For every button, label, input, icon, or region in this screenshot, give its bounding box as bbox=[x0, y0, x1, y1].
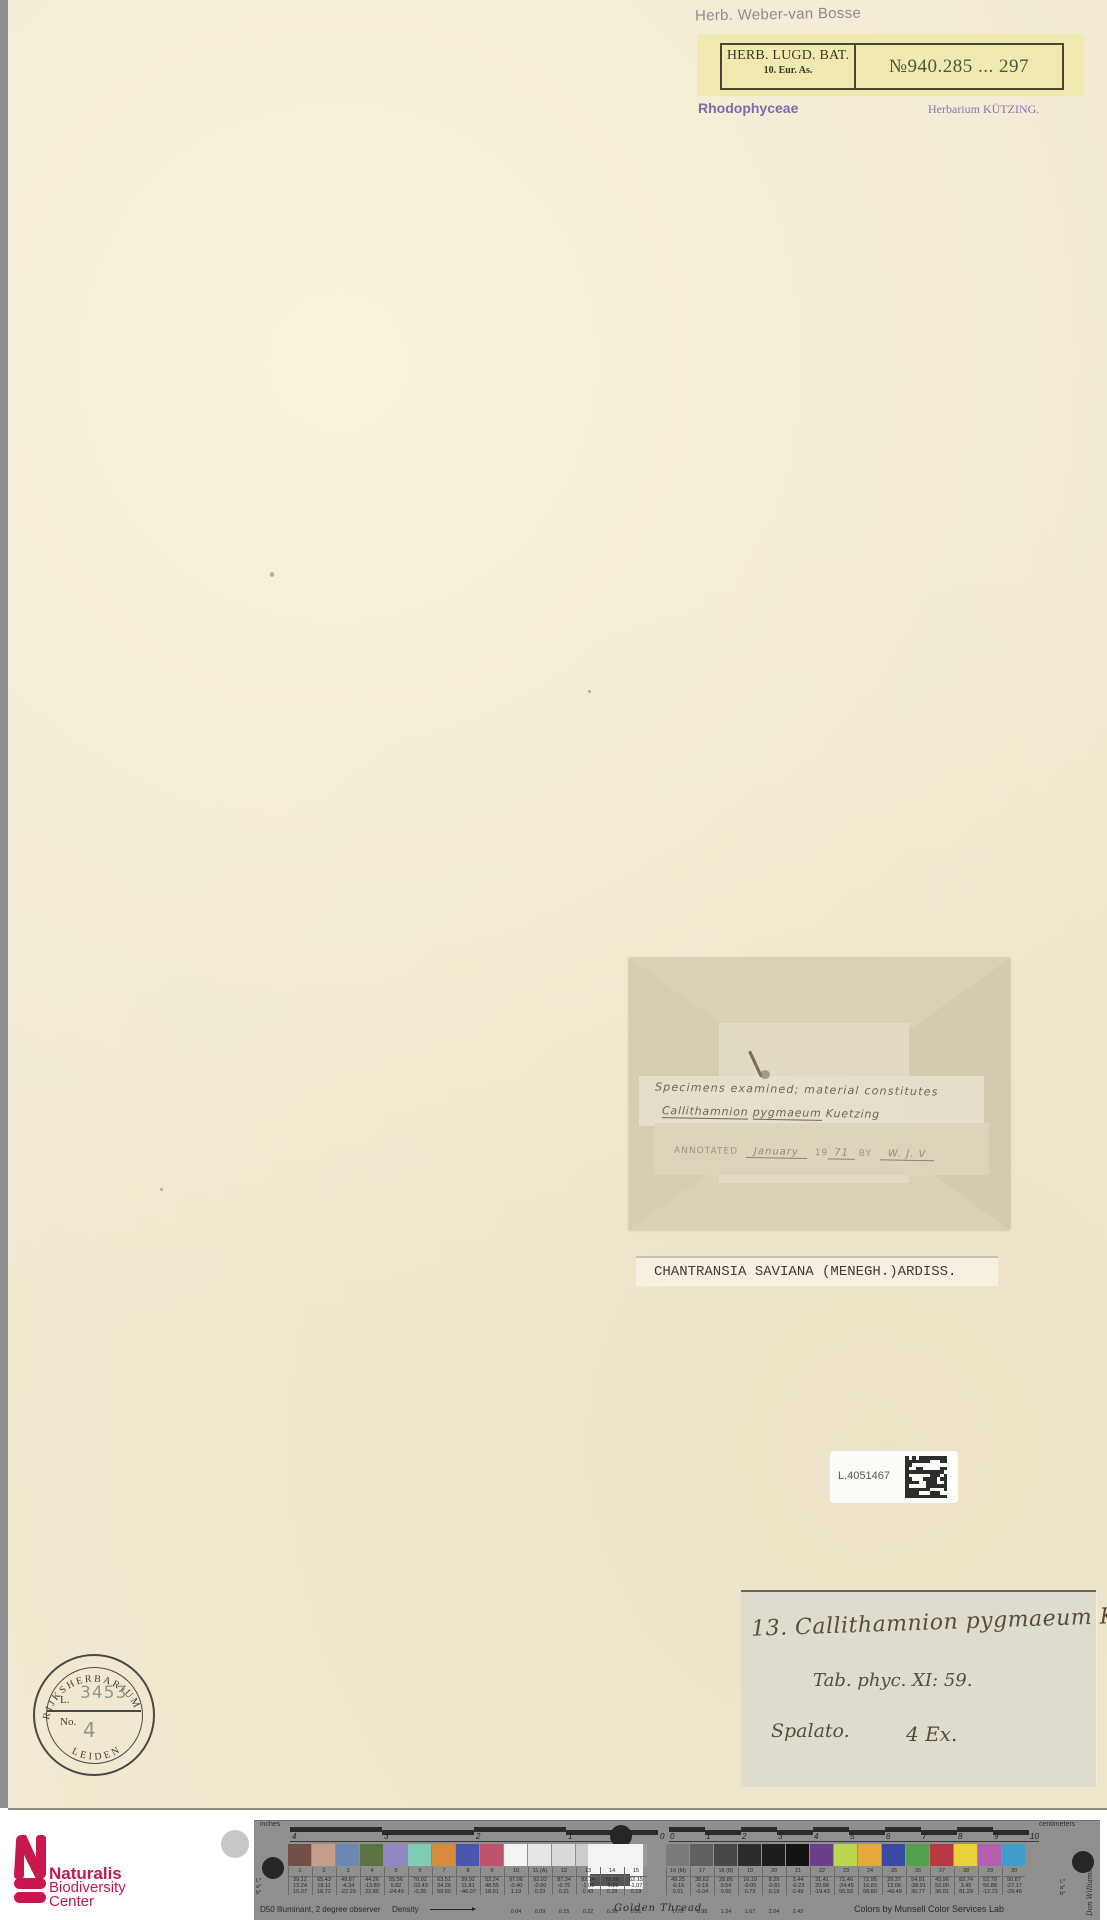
color-patch bbox=[882, 1844, 905, 1866]
density-value: 2.04 bbox=[762, 1909, 786, 1915]
naturalis-n-icon bbox=[14, 1835, 46, 1879]
patch-values: 2654.91-38.9130.77 bbox=[906, 1867, 929, 1895]
patch-values: 2743.9652.0030.01 bbox=[930, 1867, 953, 1895]
cm-tick: 1 bbox=[706, 1832, 710, 1841]
patch-values: 1472.06-1.190.28 bbox=[600, 1867, 623, 1895]
cm-tick: 8 bbox=[958, 1832, 962, 1841]
accession-box: HERB. LUGD. BAT. 10. Eur. As. №940.285 .… bbox=[720, 43, 1064, 90]
patch-values: 444.26-13.8022.85 bbox=[360, 1867, 383, 1895]
annotated-year-prefix: 19 bbox=[815, 1148, 829, 1158]
patch-values: 2472.9516.8368.80 bbox=[858, 1867, 881, 1895]
label-locality: Spalato. bbox=[771, 1720, 850, 1742]
patch-values: 213.44-0.230.49 bbox=[786, 1867, 809, 1895]
color-patch bbox=[954, 1844, 977, 1866]
color-calibration-card: inches centimeters 43210 012345678910 13… bbox=[254, 1820, 1100, 1920]
color-patch bbox=[1002, 1844, 1025, 1866]
institution-subtitle: 10. Eur. As. bbox=[722, 65, 854, 76]
collection-stamp: Herb. Weber-van Bosse bbox=[695, 5, 861, 25]
density-value: 0.15 bbox=[552, 1909, 576, 1915]
inch-tick: 4 bbox=[292, 1832, 296, 1841]
alga-specimen-base bbox=[760, 1070, 770, 1079]
patch-values: 952.2448.5518.51 bbox=[480, 1867, 503, 1895]
density-value: 0.22 bbox=[576, 1909, 600, 1915]
cm-tick: 5 bbox=[850, 1832, 854, 1841]
stamp-divider bbox=[47, 1710, 141, 1712]
patch-values: 839.9211.81-46.07 bbox=[456, 1867, 479, 1895]
lab-values-right: 16 (M)49.25-0.160.011738.62-0.18-0.0418 … bbox=[666, 1867, 1026, 1895]
patch-values: 2372.46-24.4555.93 bbox=[834, 1867, 857, 1895]
determination-genus: Callithamnion bbox=[662, 1104, 749, 1120]
color-patch bbox=[384, 1844, 407, 1866]
density-value: 1.67 bbox=[738, 1909, 762, 1915]
datamatrix-icon bbox=[905, 1456, 947, 1498]
centimeters-label: centimeters bbox=[1039, 1821, 1075, 1828]
color-patch bbox=[312, 1844, 335, 1866]
annotated-label: ANNOTATED bbox=[674, 1146, 738, 1157]
color-patch bbox=[834, 1844, 857, 1866]
color-patch bbox=[432, 1844, 455, 1866]
specimen-envelope[interactable]: Specimens examined; material constitutes… bbox=[629, 958, 1010, 1230]
inch-tick: 0 bbox=[660, 1832, 664, 1841]
color-patch bbox=[858, 1844, 881, 1866]
patch-values: 1562.15-1.070.19 bbox=[624, 1867, 647, 1895]
stamp-l-label: L. bbox=[60, 1694, 69, 1706]
naturalis-logo-text: Naturalis Biodiversity Center bbox=[49, 1867, 126, 1909]
color-patch bbox=[408, 1844, 431, 1866]
stamp-no-value: 4 bbox=[83, 1718, 96, 1742]
patch-values: 3050.87-27.17-29.46 bbox=[1002, 1867, 1025, 1895]
color-patches-right bbox=[666, 1844, 1026, 1866]
typed-name-label: CHANTRANSIA SAVIANA (MENEGH.)ARDISS. bbox=[636, 1256, 998, 1286]
determination-species: pygmaeum bbox=[753, 1106, 822, 1121]
signature: Don Williams bbox=[1086, 1869, 1094, 1916]
accession-label: HERB. LUGD. BAT. 10. Eur. As. №940.285 .… bbox=[697, 34, 1084, 96]
patch-values: 2882.743.4581.29 bbox=[954, 1867, 977, 1895]
sheet-edge bbox=[0, 0, 8, 1808]
color-patch bbox=[978, 1844, 1001, 1866]
lab-axis-legend-right: L*a*b* bbox=[1060, 1879, 1065, 1897]
footer-strip: Naturalis Biodiversity Center inches cen… bbox=[0, 1810, 1107, 1920]
cm-tick: 9 bbox=[994, 1832, 998, 1841]
golden-thread-brand: Golden Thread bbox=[614, 1903, 702, 1914]
naturalis-bars-icon bbox=[14, 1878, 46, 1906]
patch-values: 16 (M)49.25-0.160.01 bbox=[666, 1867, 689, 1895]
patch-values: 2952.7950.88-12.72 bbox=[978, 1867, 1001, 1895]
cm-tick: 2 bbox=[742, 1832, 746, 1841]
cm-tick: 3 bbox=[778, 1832, 782, 1841]
label-reference: Tab. phyc. XI: 59. bbox=[813, 1670, 972, 1691]
determination-line-2: Callithamnion pygmaeum Kuetzing bbox=[662, 1104, 880, 1121]
density-label: Density bbox=[392, 1905, 419, 1914]
density-value: 0.04 bbox=[504, 1909, 528, 1915]
group-stamp: Rhodophyceae bbox=[698, 100, 798, 116]
color-patch bbox=[552, 1844, 575, 1866]
patch-values: 2529.3713.06-49.49 bbox=[882, 1867, 905, 1895]
munsell-credit: Colors by Munsell Color Services Lab bbox=[854, 1904, 1004, 1914]
patch-values: 555.569.82-24.49 bbox=[384, 1867, 407, 1895]
herbarium-sheet bbox=[8, 0, 1107, 1810]
color-patch bbox=[288, 1844, 311, 1866]
inch-tick: 1 bbox=[568, 1832, 572, 1841]
accession-number: №940.285 ... 297 bbox=[856, 45, 1062, 88]
cm-tick: 7 bbox=[922, 1832, 926, 1841]
patch-values: 1382.14-1.060.43 bbox=[576, 1867, 599, 1895]
logo-line-3: Center bbox=[49, 1895, 126, 1909]
label-taxon: 13. Callithamnion pygmaeum Kg. bbox=[751, 1603, 1107, 1642]
color-patch bbox=[930, 1844, 953, 1866]
herbarium-stamp: Herbarium KÜTZING. bbox=[928, 102, 1039, 117]
accession-institution: HERB. LUGD. BAT. 10. Eur. As. bbox=[722, 45, 856, 88]
patch-values: 1738.62-0.18-0.04 bbox=[690, 1867, 713, 1895]
color-patch bbox=[456, 1844, 479, 1866]
density-arrow-icon bbox=[430, 1909, 474, 1910]
color-patch bbox=[480, 1844, 503, 1866]
paper-speck bbox=[270, 572, 274, 577]
determination-author: Kuetzing bbox=[826, 1107, 880, 1121]
density-value: 0.09 bbox=[528, 1909, 552, 1915]
annotated-year: 71 bbox=[828, 1147, 855, 1159]
patch-values: 1097.06-0.401.13 bbox=[504, 1867, 527, 1895]
patch-values: 18 (B)28.860.540.60 bbox=[714, 1867, 737, 1895]
patch-values: 349.87-4.34-22.29 bbox=[336, 1867, 359, 1895]
patch-values: 265.4318.1118.72 bbox=[312, 1867, 335, 1895]
color-patch bbox=[762, 1844, 785, 1866]
rijksherbarium-stamp: RIJKSHERBARIUM LEIDEN L. 3453 No. 4 bbox=[33, 1654, 155, 1776]
stamp-l-value: 3453 bbox=[80, 1683, 127, 1703]
lab-values-left: 139.1213.2415.07265.4318.1118.72349.87-4… bbox=[288, 1867, 648, 1895]
cm-tick: 4 bbox=[814, 1832, 818, 1841]
inch-tick: 3 bbox=[384, 1832, 388, 1841]
patch-values: 1287.34-0.750.21 bbox=[552, 1867, 575, 1895]
paper-speck bbox=[160, 1188, 163, 1191]
density-value: 1.24 bbox=[714, 1909, 738, 1915]
original-label: 13. Callithamnion pygmaeum Kg. Tab. phyc… bbox=[741, 1590, 1096, 1787]
institution-name: HERB. LUGD. BAT. bbox=[722, 48, 854, 64]
color-patch bbox=[714, 1844, 737, 1866]
color-patch bbox=[504, 1844, 527, 1866]
illuminant-note: D50 Illuminant, 2 degree observer bbox=[260, 1905, 381, 1914]
cm-ruler: 012345678910 bbox=[669, 1827, 1039, 1842]
patch-values: 11 (A)92.02-0.600.23 bbox=[528, 1867, 551, 1895]
annotated-by: W. J. V bbox=[880, 1148, 935, 1161]
catalog-number: L.4051467 bbox=[838, 1470, 890, 1482]
lab-axis-legend-left: L*a*b* bbox=[256, 1878, 261, 1896]
patch-values: 139.1213.2415.07 bbox=[288, 1867, 311, 1895]
card-hole-left bbox=[262, 1857, 284, 1879]
color-patch bbox=[810, 1844, 833, 1866]
label-count: 4 Ex. bbox=[906, 1722, 957, 1746]
color-patch bbox=[336, 1844, 359, 1866]
inches-label: inches bbox=[260, 1821, 280, 1828]
patch-values: 763.5134.2659.60 bbox=[432, 1867, 455, 1895]
color-patch bbox=[666, 1844, 689, 1866]
annotated-by-label: BY bbox=[859, 1149, 872, 1159]
color-patch bbox=[738, 1844, 761, 1866]
patch-values: 2231.4120.98-19.43 bbox=[810, 1867, 833, 1895]
inch-tick: 2 bbox=[476, 1832, 480, 1841]
inch-ruler: 43210 bbox=[290, 1827, 630, 1842]
cm-tick: 10 bbox=[1030, 1832, 1039, 1841]
density-value: 2.42 bbox=[786, 1909, 810, 1915]
patch-values: 208.29-0.810.19 bbox=[762, 1867, 785, 1895]
grey-reference-dot bbox=[221, 1830, 249, 1858]
color-patch bbox=[690, 1844, 713, 1866]
color-patch bbox=[360, 1844, 383, 1866]
annotated-month: January bbox=[746, 1146, 807, 1159]
color-patch bbox=[528, 1844, 551, 1866]
color-patch bbox=[786, 1844, 809, 1866]
patch-values: 1916.19-0.050.73 bbox=[738, 1867, 761, 1895]
cm-tick: 6 bbox=[886, 1832, 890, 1841]
color-patch bbox=[906, 1844, 929, 1866]
paper-speck bbox=[588, 690, 591, 693]
stamp-no-label: No. bbox=[60, 1716, 76, 1728]
barcode-label[interactable]: L.4051467 bbox=[830, 1451, 958, 1503]
cm-tick: 0 bbox=[670, 1832, 674, 1841]
patch-values: 670.82-33.43-0.35 bbox=[408, 1867, 431, 1895]
